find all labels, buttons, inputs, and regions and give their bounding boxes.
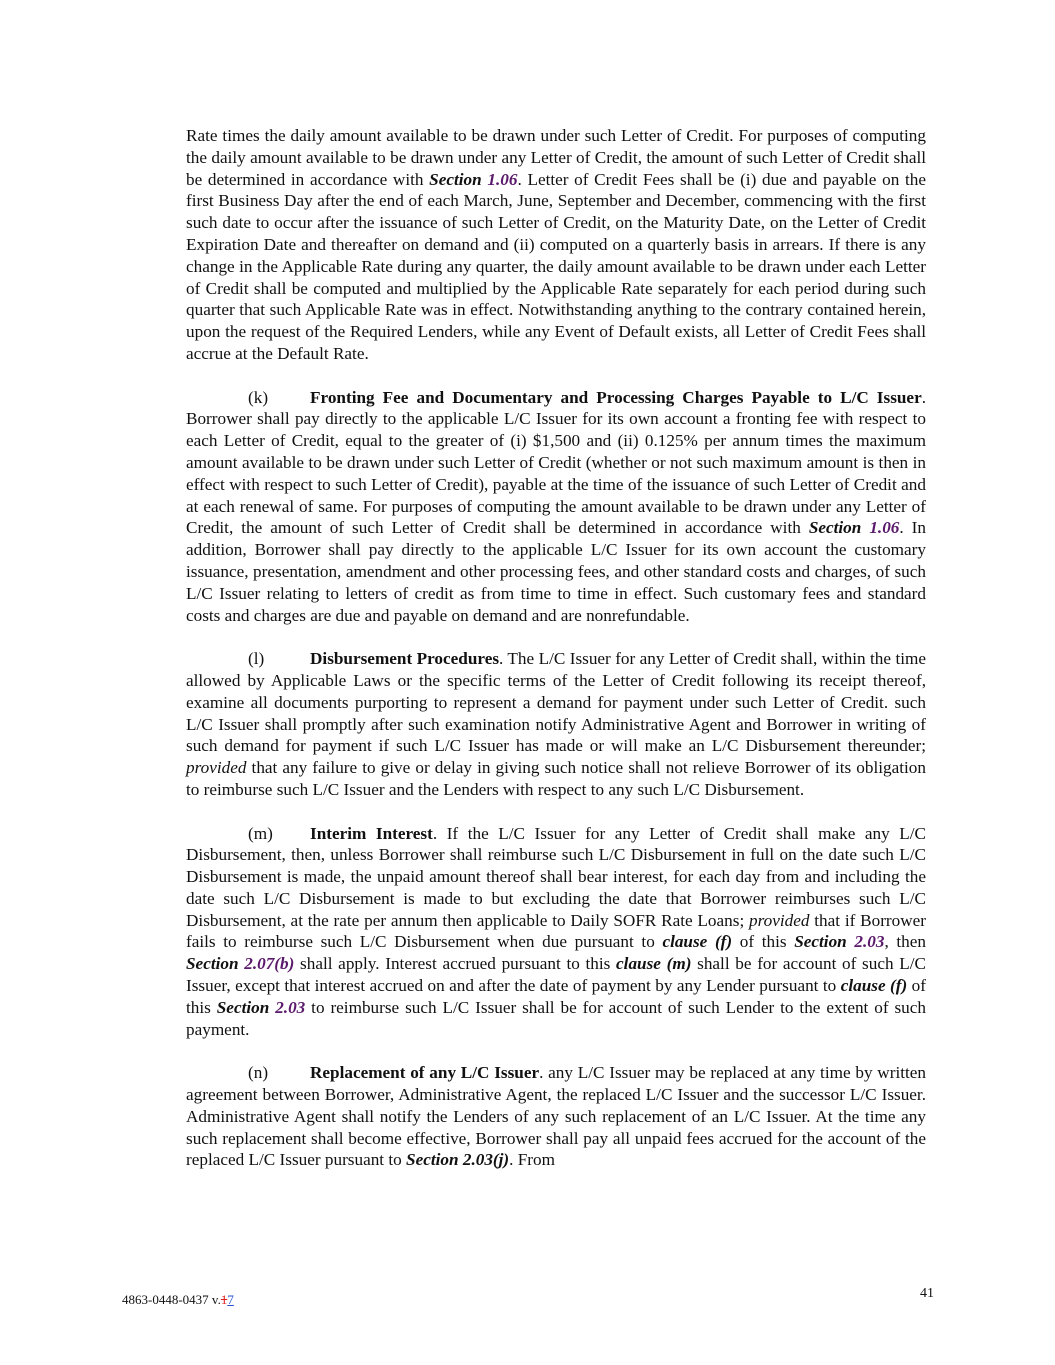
clause-heading: Disbursement Procedures bbox=[310, 649, 499, 668]
cross-reference-link[interactable]: Section 2.03 bbox=[794, 932, 884, 951]
text: shall apply. Interest accrued pursuant t… bbox=[294, 954, 616, 973]
text: . Letter of Credit Fees shall be (i) due… bbox=[186, 170, 926, 363]
clause-heading: Fronting Fee and Documentary and Process… bbox=[310, 388, 922, 407]
paragraph-m: (m)Interim Interest. If the L/C Issuer f… bbox=[186, 823, 926, 1041]
ref-number: 2.07(b) bbox=[244, 954, 294, 973]
doc-id: 4863-0448-0437 v. bbox=[122, 1292, 221, 1307]
ref-word: Section bbox=[809, 518, 870, 537]
paragraph-k: (k)Fronting Fee and Documentary and Proc… bbox=[186, 387, 926, 627]
paragraph-l: (l)Disbursement Procedures. The L/C Issu… bbox=[186, 648, 926, 801]
provided-term: provided bbox=[749, 911, 809, 930]
document-id-footer: 4863-0448-0437 v.17 bbox=[122, 1292, 234, 1308]
ref-number: 1.06 bbox=[869, 518, 899, 537]
inserted-version: 7 bbox=[227, 1292, 234, 1307]
text: , then bbox=[884, 932, 926, 951]
provided-term: provided bbox=[186, 758, 246, 777]
clause-heading: Replacement of any L/C Issuer bbox=[310, 1063, 539, 1082]
ref-word: Section bbox=[429, 170, 487, 189]
paragraph-j-continuation: Rate times the daily amount available to… bbox=[186, 125, 926, 365]
text: of this bbox=[732, 932, 794, 951]
cross-reference-link[interactable]: Section 2.07(b) bbox=[186, 954, 294, 973]
paragraph-n: (n)Replacement of any L/C Issuer. any L/… bbox=[186, 1062, 926, 1171]
ref-number: 2.03 bbox=[854, 932, 884, 951]
page-number: 41 bbox=[920, 1286, 934, 1302]
clause-reference: clause (f) bbox=[841, 976, 908, 995]
ref-number: 1.06 bbox=[487, 170, 517, 189]
text: that any failure to give or delay in giv… bbox=[186, 758, 926, 799]
ref-word: Section bbox=[186, 954, 244, 973]
text: . From bbox=[509, 1150, 555, 1169]
clause-label: (m) bbox=[248, 823, 310, 845]
clause-label: (l) bbox=[248, 648, 310, 670]
clause-heading: Interim Interest bbox=[310, 824, 433, 843]
cross-reference-link[interactable]: Section 1.06 bbox=[429, 170, 517, 189]
document-page: Rate times the daily amount available to… bbox=[186, 125, 926, 1193]
clause-label: (n) bbox=[248, 1062, 310, 1084]
ref-number: 2.03 bbox=[275, 998, 305, 1017]
cross-reference-link[interactable]: Section 1.06 bbox=[809, 518, 900, 537]
ref-word: Section bbox=[217, 998, 275, 1017]
section-reference: Section 2.03(j) bbox=[406, 1150, 509, 1169]
clause-label: (k) bbox=[248, 387, 310, 409]
ref-word: Section bbox=[794, 932, 854, 951]
cross-reference-link[interactable]: Section 2.03 bbox=[217, 998, 306, 1017]
text: . Borrower shall pay directly to the app… bbox=[186, 388, 926, 538]
clause-reference: clause (f) bbox=[662, 932, 732, 951]
clause-reference: clause (m) bbox=[616, 954, 691, 973]
